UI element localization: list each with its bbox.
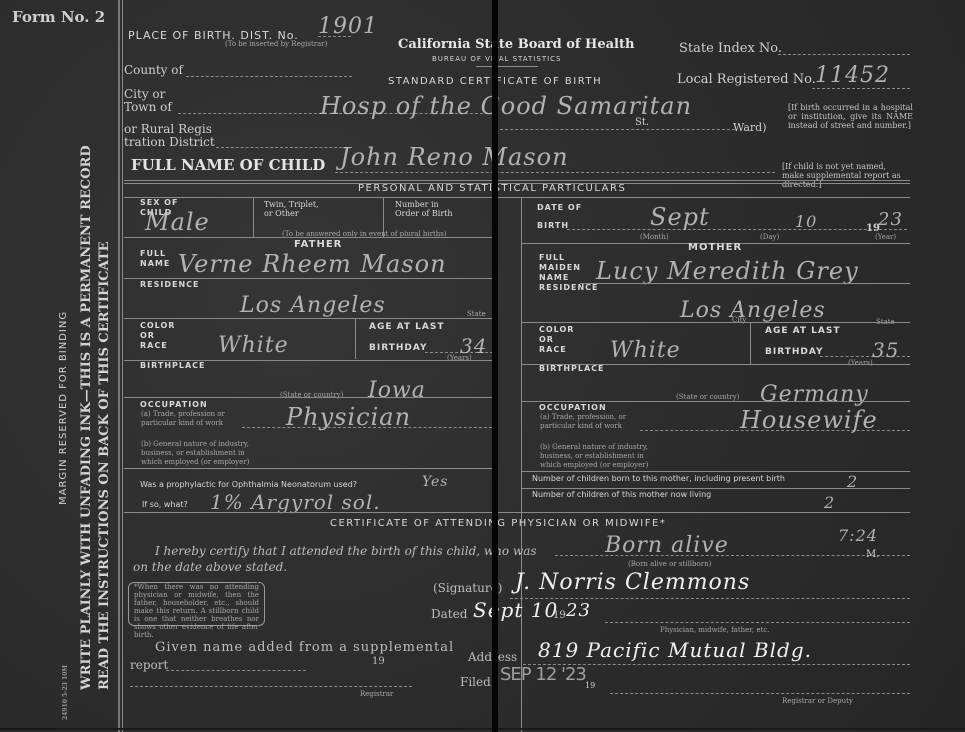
page-fold [492, 0, 498, 732]
dob-label-1: DATE OF [537, 203, 582, 212]
order-label: Number in Order of Birth [395, 200, 465, 218]
birth-certificate: Form No. 2 MARGIN RESERVED FOR BINDING W… [0, 0, 965, 732]
mother-birthplace-rule [521, 401, 910, 402]
twin-label: Twin, Triplet, or Other [264, 200, 324, 218]
father-color-label: COLOR OR RACE [140, 321, 180, 351]
local-registered-label: Local Registered No. [677, 72, 816, 87]
mother-title: MOTHER [688, 242, 742, 253]
dated-label: Dated [431, 607, 467, 621]
rural-line [216, 147, 352, 148]
mother-name-rule [580, 283, 910, 284]
sex-row-rule [124, 237, 494, 238]
bottom-edge [0, 728, 965, 730]
filed-stamp: SEP 12 '23 [500, 664, 586, 685]
dist-no-line [318, 36, 351, 37]
dob-label-2: BIRTH [537, 221, 569, 230]
hospital-note: [If birth occurred in a hospital or inst… [788, 103, 913, 130]
margin-rule [118, 0, 120, 732]
father-birthplace-rule [124, 397, 494, 398]
supplemental-registrar-caption: Registrar [360, 690, 393, 698]
margin-rule-inner [122, 0, 123, 732]
child-name-line [335, 172, 775, 173]
sex-divider [253, 197, 254, 237]
children-born-rule [521, 488, 910, 489]
prophylactic-rule [124, 512, 910, 513]
father-name-label: FULL NAME [140, 249, 170, 269]
margin-instruction-1: WRITE PLAINLY WITH UNFADING INK—THIS IS … [79, 145, 94, 690]
father-birthplace-value: Iowa [368, 378, 426, 403]
birth-time-value: 7:24 [838, 526, 878, 545]
dob-line [567, 229, 907, 230]
mother-column-rule [521, 197, 522, 732]
father-occupation-a: (a) Trade, profession or particular kind… [141, 410, 251, 428]
mother-residence-rule [521, 322, 910, 323]
city-value: Hosp of the Good Samaritan [320, 92, 692, 120]
margin-instruction-2: READ THE INSTRUCTIONS ON BACK OF THIS CE… [97, 241, 112, 690]
prophylactic-question: Was a prophylactic for Ophthalmia Neonat… [140, 480, 357, 489]
address-value: 819 Pacific Mutual Bldg. [538, 638, 812, 662]
county-label: County of [124, 63, 183, 77]
unnamed-note: [If child is not yet named, make supplem… [782, 162, 910, 189]
father-color-value: White [218, 333, 289, 358]
margin-reserved-text: MARGIN RESERVED FOR BINDING [58, 311, 69, 505]
dated-line [605, 622, 910, 623]
father-occupation-label: OCCUPATION [140, 400, 208, 409]
father-name-rule [124, 278, 494, 279]
form-number: Form No. 2 [12, 8, 105, 26]
father-residence-rule [124, 318, 494, 319]
dob-day: 10 [795, 212, 817, 231]
dob-month: Sept [650, 203, 710, 231]
dated-year-prefix: 19 [553, 610, 566, 621]
supplemental-line [166, 670, 306, 671]
day-caption: (Day) [760, 233, 779, 241]
mother-years-caption: (Years) [848, 359, 873, 367]
born-alive-value: Born alive [605, 533, 729, 558]
father-age-label-2: BIRTHDAY [369, 343, 428, 353]
mother-age-label-1: AGE AT LAST [765, 326, 841, 336]
father-name-value: Verne Rheem Mason [178, 250, 447, 278]
father-occupation-rule [124, 468, 494, 469]
signature-value: J. Norris Clemmons [515, 570, 750, 595]
filed-suffix: 19 [585, 681, 595, 690]
st-line [495, 129, 735, 130]
if-so-label: If so, what? [142, 500, 188, 509]
section-rule-top [124, 180, 910, 181]
section-rule [124, 197, 910, 198]
st-label: St. [635, 117, 649, 128]
footnote-text: *When there was no attending physician o… [134, 583, 259, 639]
role-caption: Physician, midwife, father, etc. [660, 626, 769, 634]
father-residence-label: RESIDENCE [140, 280, 200, 289]
mother-occupation-a: (a) Trade, profession, or particular kin… [540, 413, 650, 431]
mother-occupation-value: Housewife [740, 406, 878, 434]
print-code: 24910 5-23 10M [62, 665, 69, 720]
mother-occupation-b: (b) General nature of industry, business… [540, 443, 665, 470]
signature-line [510, 598, 910, 599]
dob-year: 23 [878, 209, 903, 230]
city-label-1: City or [124, 87, 165, 101]
father-state-caption: State [467, 310, 486, 318]
mother-birthplace-value: Germany [760, 382, 869, 407]
certify-statement-2: on the date above stated. [133, 560, 287, 574]
footnote-brace-right [258, 582, 265, 626]
filed-label: Filed [460, 675, 491, 689]
child-name-value: John Reno Mason [340, 143, 569, 171]
city-label-2: Town of [124, 100, 172, 114]
county-line [186, 76, 352, 77]
father-birthplace-label: BIRTHPLACE [140, 361, 206, 370]
mother-color-value: White [610, 338, 681, 363]
mother-age-value: 35 [872, 338, 899, 362]
rural-label-1: or Rural Regis [124, 122, 212, 136]
year-caption: (Year) [875, 233, 896, 241]
local-registered-line [812, 88, 910, 89]
mother-state-country-caption: (State or country) [676, 393, 739, 401]
certify-statement-1: I hereby certify that I attended the bir… [155, 544, 537, 558]
dated-value: Sept 10 [473, 598, 558, 622]
supplemental-label-1: Given name added from a supplemental [155, 640, 454, 655]
children-born-label: Number of children born to this mother, … [532, 474, 785, 483]
supplemental-year: 19 [372, 656, 385, 667]
father-age-divider [355, 318, 356, 359]
state-index-line [778, 54, 910, 55]
mother-birthplace-label: BIRTHPLACE [539, 364, 605, 373]
father-title: FATHER [294, 239, 342, 250]
rural-label-2: tration District [124, 135, 215, 149]
father-age-label-1: AGE AT LAST [369, 322, 445, 332]
child-name-label: FULL NAME OF CHILD [131, 156, 325, 174]
father-occupation-b: (b) General nature of industry, business… [141, 440, 266, 467]
supplemental-label-2: report [130, 658, 168, 672]
children-living-label: Number of children of this mother now li… [532, 490, 711, 499]
father-occupation-value: Physician [286, 403, 411, 431]
dated-year: 23 [566, 600, 591, 621]
mother-name-label: FULL MAIDEN NAME [539, 253, 573, 283]
children-living-value: 2 [824, 493, 835, 512]
mother-residence-value: Los Angeles [680, 298, 826, 323]
if-so-value: 1% Argyrol sol. [210, 490, 381, 514]
month-caption: (Month) [640, 233, 669, 241]
ward-label: Ward) [733, 121, 767, 134]
sex-value: Male [145, 208, 210, 236]
certificate-section-title: CERTIFICATE OF ATTENDING PHYSICIAN OR MI… [330, 518, 666, 529]
state-index-label: State Index No. [679, 41, 782, 56]
board-title: California State Board of Health [398, 37, 634, 52]
mother-color-label: COLOR OR RACE [539, 325, 579, 355]
time-suffix: M. [866, 549, 879, 560]
local-registered-value: 11452 [815, 63, 890, 88]
registrar-line [610, 693, 910, 694]
mother-residence-label: RESIDENCE [539, 283, 599, 292]
father-residence-value: Los Angeles [240, 293, 386, 318]
supplemental-registrar-line [130, 686, 412, 687]
mother-age-label-2: BIRTHDAY [765, 347, 824, 357]
registrar-caption: Registrar or Deputy [782, 697, 853, 705]
header-rule [476, 66, 538, 67]
mother-age-divider [750, 322, 751, 364]
mother-occupation-label: OCCUPATION [539, 403, 607, 412]
born-caption: (Born alive or stillborn) [628, 560, 711, 568]
dist-no-note: (To be inserted by Registrar) [225, 40, 327, 48]
mother-name-value: Lucy Meredith Grey [596, 257, 859, 285]
prophylactic-answer: Yes [422, 474, 449, 490]
